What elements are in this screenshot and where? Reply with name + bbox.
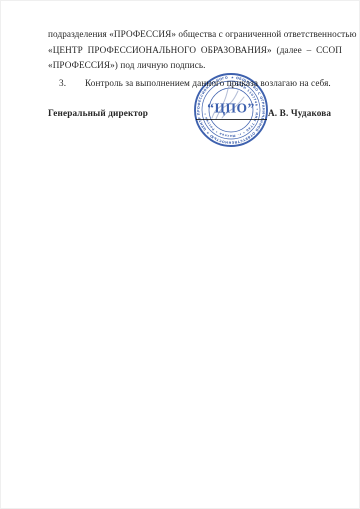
stamp-center-text: “ЦПО” (207, 101, 255, 116)
order-item-number: 3. (59, 76, 85, 92)
paragraph-line: подразделения «ПРОФЕССИЯ» общества с огр… (48, 27, 342, 43)
document-page: подразделения «ПРОФЕССИЯ» общества с огр… (0, 0, 360, 509)
director-title: Генеральный директор (48, 108, 148, 118)
director-name: А. В. Чудакова (268, 108, 331, 118)
paragraph-line: «ЦЕНТР ПРОФЕССИОНАЛЬНОГО ОБРАЗОВАНИЯ» (д… (48, 43, 342, 59)
company-stamp: ★ ОБЩЕСТВО С ОГРАНИЧЕННОЙ ОТВЕТСТВЕННОСТ… (192, 71, 270, 149)
